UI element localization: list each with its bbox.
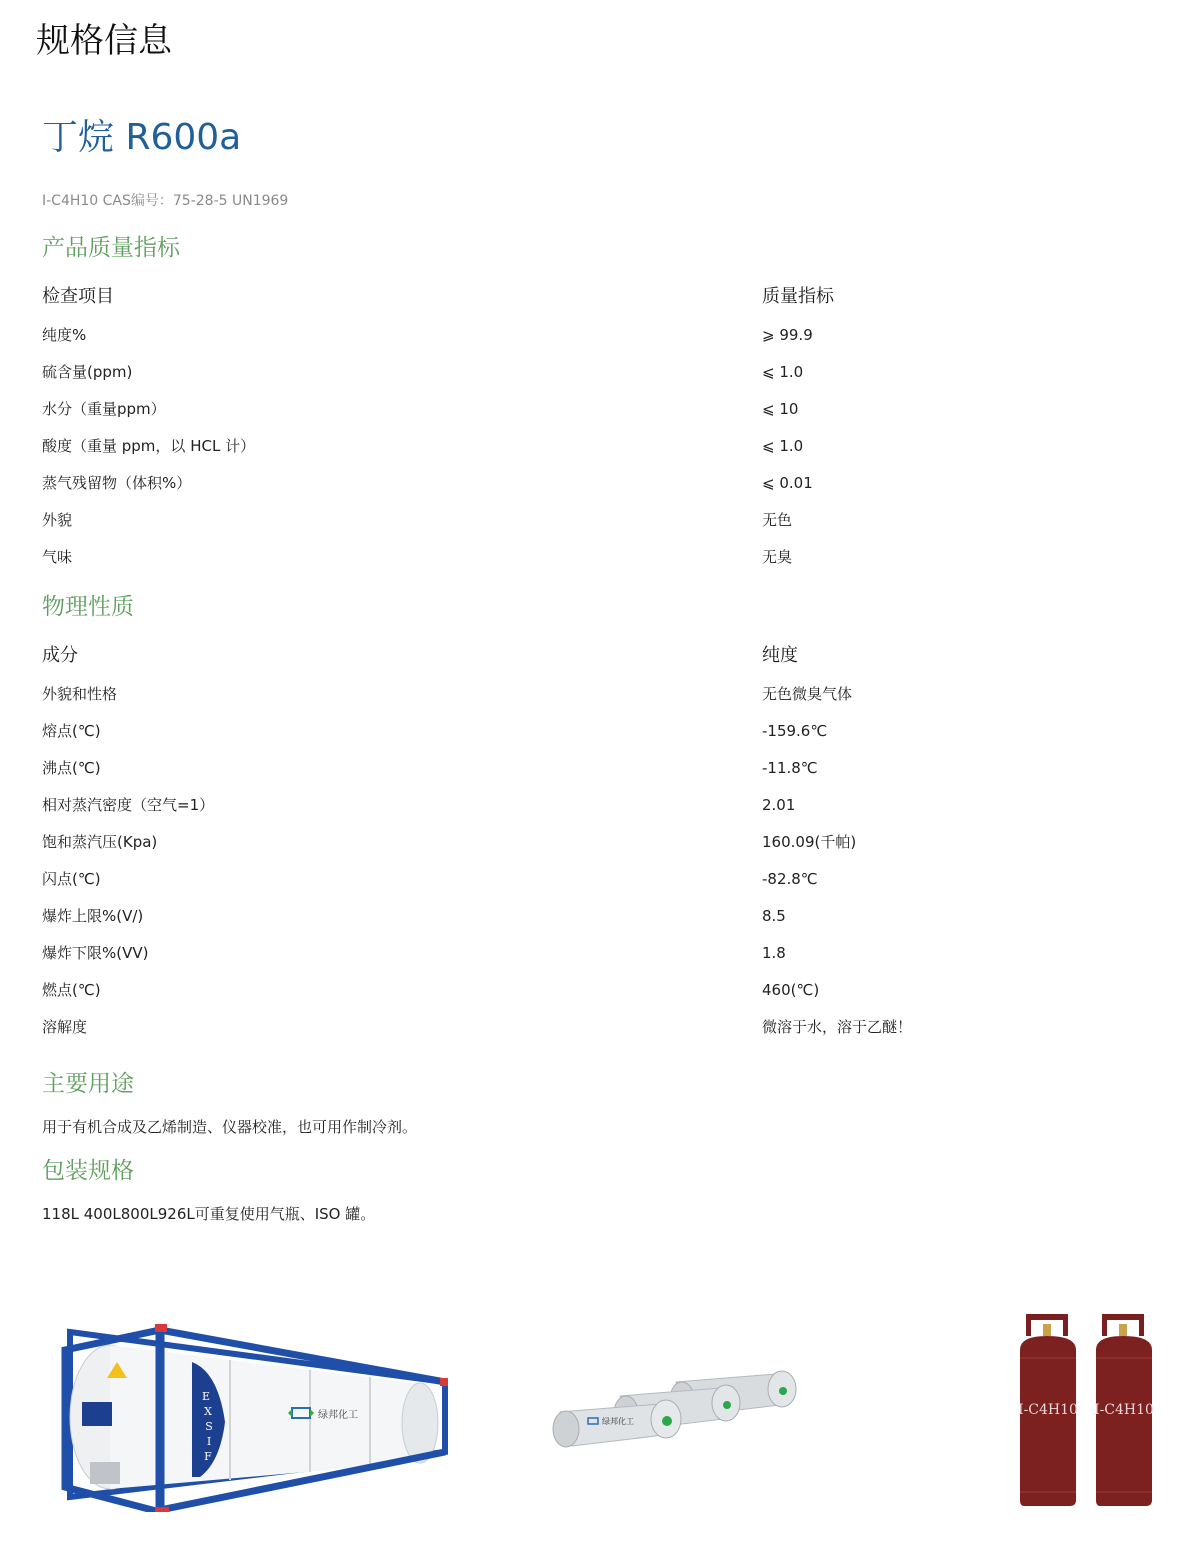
row-value: ⩽ 10 — [762, 399, 798, 419]
usage-text: 用于有机合成及乙烯制造、仪器校准，也可用作制冷剂。 — [42, 1117, 417, 1137]
row-label: 燃点(℃) — [42, 980, 101, 1000]
iso-tank-image: E X S I F 绿邦化工 — [60, 1312, 450, 1512]
table-row: 沸点(℃) -11.8℃ — [42, 758, 1162, 795]
product-meta: I-C4H10 CAS编号：75-28-5 UN1969 — [42, 191, 288, 211]
company-label: 绿邦化工 — [602, 1416, 634, 1426]
table-row: 相对蒸汽密度（空气=1） 2.01 — [42, 795, 1162, 832]
physical-table: 成分 纯度 外貌和性格 无色微臭气体 熔点(℃) -159.6℃ 沸点(℃) -… — [42, 644, 1162, 1054]
row-value: 1.8 — [762, 943, 786, 963]
row-label: 硫含量(ppm) — [42, 362, 132, 382]
column-header: 纯度 — [762, 644, 798, 668]
row-value: 无色微臭气体 — [762, 684, 852, 704]
table-row: 外貌 无色 — [42, 510, 1162, 547]
row-label: 沸点(℃) — [42, 758, 101, 778]
product-title: 丁烷 R600a — [42, 114, 241, 162]
section-heading-physical: 物理性质 — [42, 591, 134, 623]
exsif-label: E — [202, 1390, 210, 1403]
row-label: 外貌 — [42, 510, 72, 530]
section-heading-quality: 产品质量指标 — [42, 232, 180, 264]
row-value: 160.09(千帕) — [762, 832, 856, 852]
row-label: 水分（重量ppm） — [42, 399, 166, 419]
svg-text:I: I — [207, 1435, 211, 1448]
cylinder-label: I-C4H10 — [1018, 1402, 1078, 1418]
row-label: 饱和蒸汽压(Kpa) — [42, 832, 157, 852]
row-value: -11.8℃ — [762, 758, 818, 778]
row-label: 蒸气残留物（体积%） — [42, 473, 191, 493]
row-value: ⩽ 0.01 — [762, 473, 813, 493]
page-heading: 规格信息 — [36, 18, 172, 64]
svg-text:F: F — [204, 1450, 212, 1463]
row-value: ⩽ 1.0 — [762, 362, 803, 382]
red-cylinders-image: I-C4H10 I-C4H10 — [1014, 1310, 1164, 1516]
table-header-row: 成分 纯度 — [42, 644, 1162, 684]
table-row: 闪点(℃) -82.8℃ — [42, 869, 1162, 906]
table-row: 酸度（重量 ppm，以 HCL 计） ⩽ 1.0 — [42, 436, 1162, 473]
section-heading-usage: 主要用途 — [42, 1068, 134, 1100]
company-label: 绿邦化工 — [318, 1408, 358, 1421]
row-value: 8.5 — [762, 906, 786, 926]
column-header: 成分 — [42, 644, 78, 668]
row-label: 爆炸上限%(V/) — [42, 906, 143, 926]
table-row: 水分（重量ppm） ⩽ 10 — [42, 399, 1162, 436]
row-value: ⩾ 99.9 — [762, 325, 813, 345]
quality-table: 检查项目 质量指标 纯度% ⩾ 99.9 硫含量(ppm) ⩽ 1.0 水分（重… — [42, 285, 1162, 584]
table-row: 爆炸上限%(V/) 8.5 — [42, 906, 1162, 943]
column-header: 质量指标 — [762, 285, 834, 309]
row-label: 闪点(℃) — [42, 869, 101, 889]
table-row: 硫含量(ppm) ⩽ 1.0 — [42, 362, 1162, 399]
row-value: 2.01 — [762, 795, 795, 815]
row-label: 酸度（重量 ppm，以 HCL 计） — [42, 436, 255, 456]
column-header: 检查项目 — [42, 285, 114, 309]
row-label: 纯度% — [42, 325, 86, 345]
row-value: 无色 — [762, 510, 792, 530]
table-row: 熔点(℃) -159.6℃ — [42, 721, 1162, 758]
table-row: 外貌和性格 无色微臭气体 — [42, 684, 1162, 721]
row-label: 溶解度 — [42, 1017, 87, 1037]
row-label: 气味 — [42, 547, 72, 567]
row-value: -82.8℃ — [762, 869, 818, 889]
row-value: 微溶于水，溶于乙醚！ — [762, 1017, 912, 1037]
table-row: 饱和蒸汽压(Kpa) 160.09(千帕) — [42, 832, 1162, 869]
row-label: 熔点(℃) — [42, 721, 101, 741]
svg-text:X: X — [204, 1405, 212, 1418]
row-label: 爆炸下限%(VV) — [42, 943, 148, 963]
svg-text:S: S — [205, 1420, 213, 1433]
row-value: -159.6℃ — [762, 721, 827, 741]
table-row: 爆炸下限%(VV) 1.8 — [42, 943, 1162, 980]
small-cylinders-image: 绿邦化工 — [548, 1362, 808, 1454]
section-heading-packaging: 包装规格 — [42, 1155, 134, 1187]
row-value: ⩽ 1.0 — [762, 436, 803, 456]
table-row: 蒸气残留物（体积%） ⩽ 0.01 — [42, 473, 1162, 510]
table-row: 溶解度 微溶于水，溶于乙醚！ — [42, 1017, 1162, 1054]
row-label: 相对蒸汽密度（空气=1） — [42, 795, 214, 815]
table-row: 燃点(℃) 460(℃) — [42, 980, 1162, 1017]
table-row: 气味 无臭 — [42, 547, 1162, 584]
row-value: 460(℃) — [762, 980, 819, 1000]
table-header-row: 检查项目 质量指标 — [42, 285, 1162, 325]
packaging-text: 118L 400L800L926L可重复使用气瓶、ISO 罐。 — [42, 1204, 375, 1224]
row-label: 外貌和性格 — [42, 684, 117, 704]
cylinder-label: I-C4H10 — [1094, 1402, 1154, 1418]
table-row: 纯度% ⩾ 99.9 — [42, 325, 1162, 362]
row-value: 无臭 — [762, 547, 792, 567]
